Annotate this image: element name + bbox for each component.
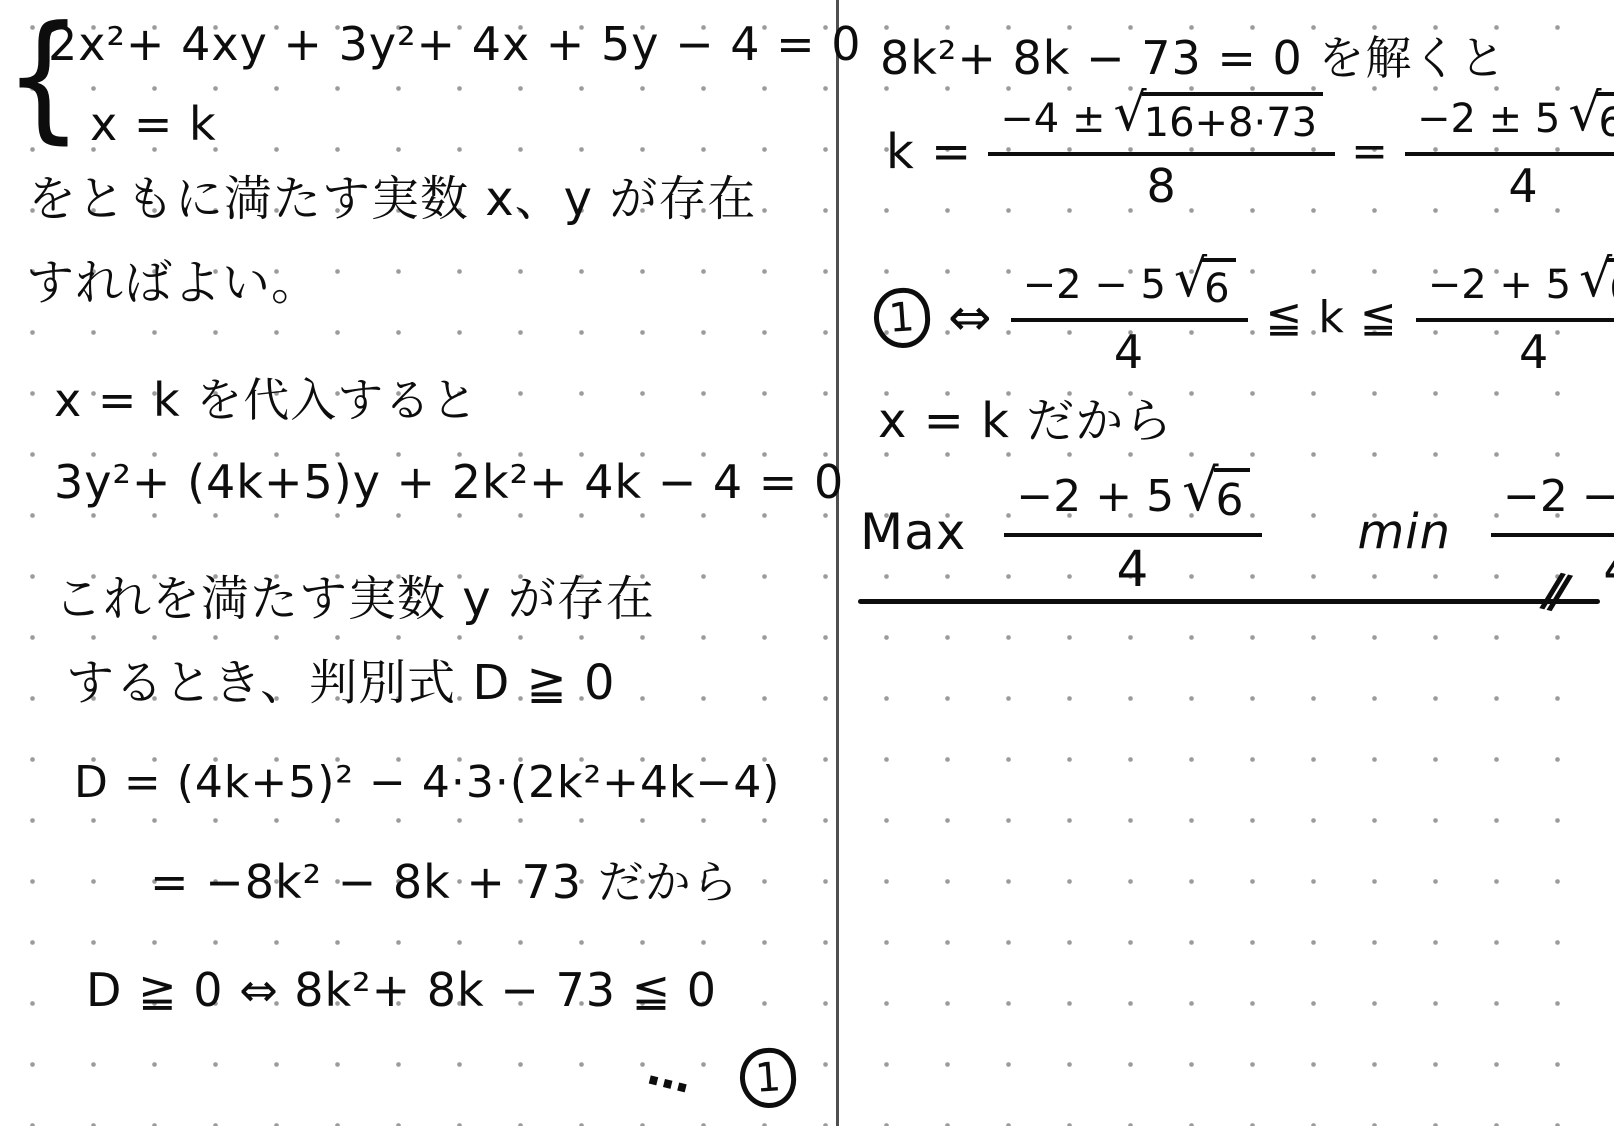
system-equation-1: 2x²+ 4xy + 3y²+ 4x + 5y − 4 = 0: [48, 18, 862, 71]
answer-underline: [858, 599, 1600, 604]
discriminant-inequality: D ≧ 0 ⇔ 8k²+ 8k − 73 ≦ 0: [86, 964, 717, 1017]
solve-equation-sentence: 8k²+ 8k − 73 = 0 を解くと: [880, 32, 1506, 85]
fraction-lower-bound: −2 − 5 √ 6 4: [1011, 258, 1248, 379]
numerator: −2 − 5 √ 6: [1491, 468, 1614, 537]
numerator-prefix: −2 + 5: [1428, 262, 1571, 308]
numerator-prefix: −2 ± 5: [1417, 96, 1560, 142]
equals-sign: =: [1351, 127, 1389, 178]
interval-solution-line: 1 ⇔ −2 − 5 √ 6 4 ≦ k ≦ −2 + 5 √ 6 4: [874, 258, 1614, 379]
sqrt-icon: √: [1182, 467, 1218, 516]
sqrt-icon: √: [1174, 257, 1207, 301]
numerator: −2 + 5 √ 6: [1416, 258, 1614, 322]
notebook-page: { 2x²+ 4xy + 3y²+ 4x + 5y − 4 = 0 x = k …: [0, 0, 1614, 1126]
numerator: −4 ± √ 16+8·73: [988, 92, 1335, 156]
system-equation-2: x = k: [90, 98, 217, 151]
sqrt-radical: √ 16+8·73: [1113, 92, 1323, 146]
exists-y-sentence: これを満たす実数 y が存在: [54, 572, 655, 627]
leq-k-leq: ≦ k ≦: [1266, 293, 1398, 344]
discriminant-simplified-equation: = −8k² − 8k + 73 だから: [150, 856, 739, 909]
k-equals-label: k =: [886, 125, 972, 180]
reference-number: 1: [887, 295, 917, 343]
numerator: −2 ± 5 √ 6: [1405, 92, 1614, 156]
numerator-prefix: −2 − 5: [1503, 472, 1614, 523]
answer-line: Max −2 + 5 √ 6 4 min −2 − 5 √ 6 4: [860, 468, 1614, 598]
sqrt-icon: √: [1568, 91, 1601, 135]
fraction-simplified-roots: −2 ± 5 √ 6 4: [1405, 92, 1614, 213]
exists-xy-sentence: をともに満たす実数 x、y が存在: [28, 172, 756, 227]
sqrt-radical: √ 6: [1579, 258, 1614, 312]
denominator: 4: [1114, 322, 1144, 379]
denominator: 4: [1603, 537, 1614, 599]
denominator: 4: [1519, 322, 1549, 379]
numerator-prefix: −4 ±: [1000, 96, 1105, 142]
reference-mark-1-left: 1: [738, 1046, 798, 1110]
quadratic-in-y-equation: 3y²+ (4k+5)y + 2k²+ 4k − 4 = 0: [54, 456, 844, 509]
sqrt-icon: √: [1113, 91, 1146, 135]
reference-mark-1-right: 1: [872, 287, 932, 351]
radicand: 6: [1202, 258, 1235, 312]
fraction-max-value: −2 + 5 √ 6 4: [1004, 468, 1261, 598]
sqrt-radical: √ 6: [1568, 92, 1614, 146]
suffices-sentence: すればよい。: [26, 256, 320, 311]
substitute-sentence: x = k を代入すると: [54, 374, 478, 427]
fraction-upper-bound: −2 + 5 √ 6 4: [1416, 258, 1614, 379]
denominator: 4: [1117, 537, 1150, 599]
denominator: 4: [1508, 156, 1538, 213]
radicand: 6: [1214, 468, 1250, 527]
discriminant-condition-sentence: するとき、判別式 D ≧ 0: [66, 656, 616, 711]
column-divider-line: [836, 0, 839, 1126]
numerator: −2 − 5 √ 6: [1011, 258, 1248, 322]
iff-arrow: ⇔: [948, 289, 993, 349]
reference-number: 1: [754, 1054, 783, 1102]
max-label: Max: [860, 504, 966, 562]
reference-dots: …: [643, 1045, 703, 1106]
quadratic-formula-line: k = −4 ± √ 16+8·73 8 = −2 ± 5 √ 6 4: [886, 92, 1614, 213]
discriminant-expanded-equation: D = (4k+5)² − 4·3·(2k²+4k−4): [74, 758, 780, 809]
sqrt-radical: √ 6: [1182, 468, 1249, 527]
denominator: 8: [1147, 156, 1177, 213]
sqrt-icon: √: [1579, 257, 1612, 301]
sqrt-radical: √ 6: [1174, 258, 1236, 312]
numerator-prefix: −2 − 5: [1023, 262, 1166, 308]
numerator: −2 + 5 √ 6: [1004, 468, 1261, 537]
numerator-prefix: −2 + 5: [1016, 472, 1174, 523]
fraction-quadratic-formula: −4 ± √ 16+8·73 8: [988, 92, 1335, 213]
radicand: 16+8·73: [1142, 92, 1323, 146]
since-x-equals-k-sentence: x = k だから: [878, 394, 1173, 449]
min-label: min: [1358, 505, 1452, 560]
